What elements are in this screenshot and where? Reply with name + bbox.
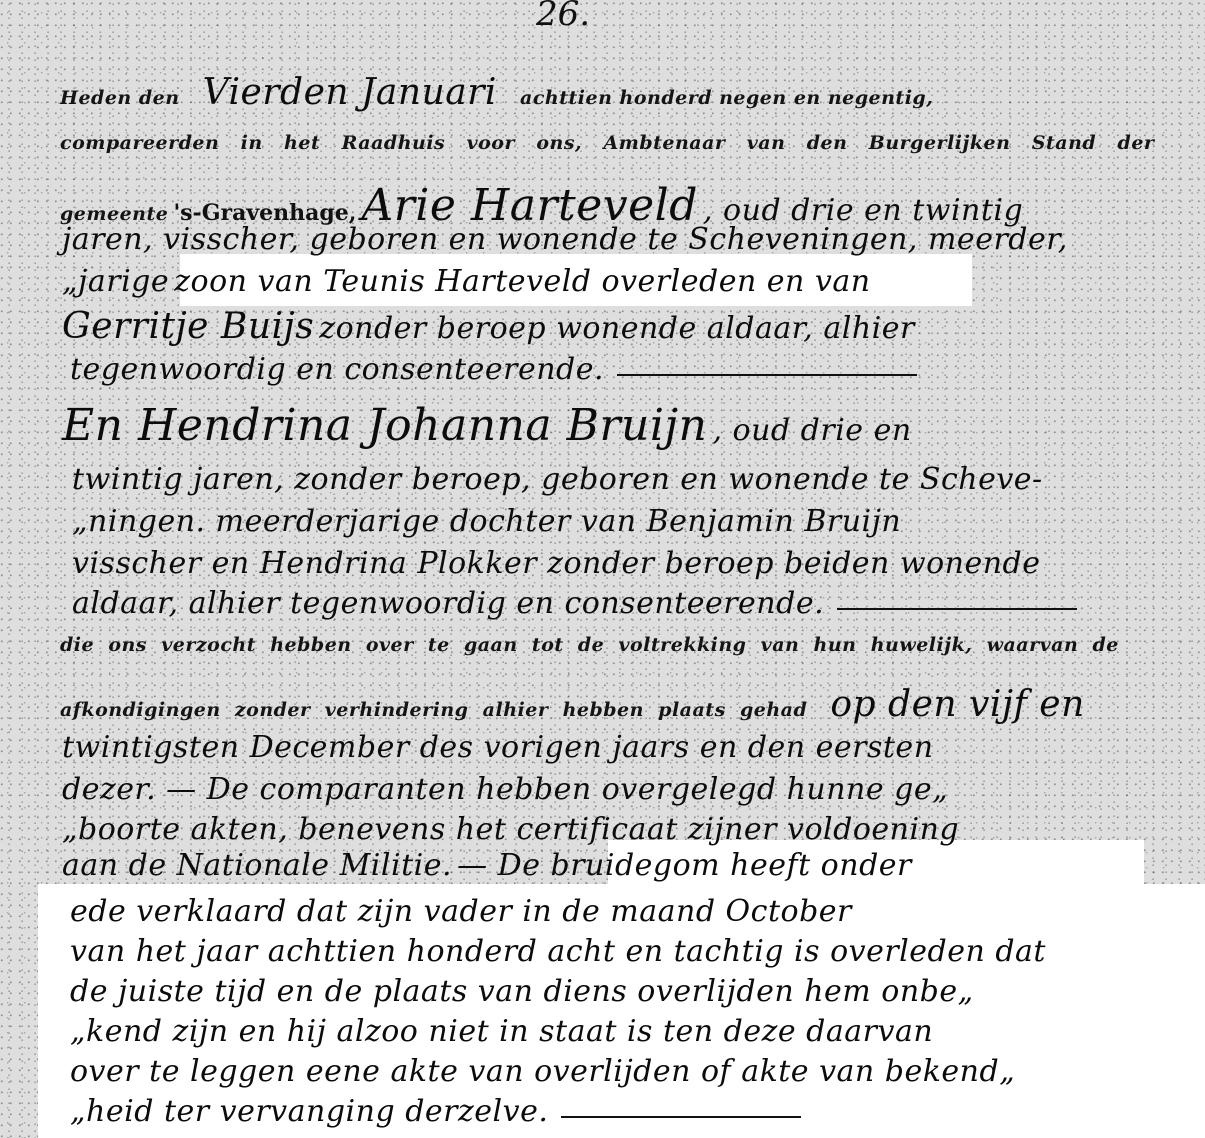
line-8: En Hendrina Johanna Bruijn , oud drie en — [62, 400, 912, 451]
handwritten-text: aan de Nationale Militie. — [62, 848, 452, 883]
handwritten-text: op den vijf en — [830, 684, 1084, 725]
line-22: „kend zijn en hij alzoo niet in staat is… — [70, 1014, 933, 1049]
handwritten-text: , oud drie en — [712, 413, 911, 448]
line-14: afkondigingen zonder verhindering alhier… — [60, 684, 1085, 725]
fill-line — [617, 374, 917, 376]
handwritten-text: — De bruidegom heeft onder — [457, 848, 912, 883]
bride-name: En Hendrina Johanna Bruijn — [62, 400, 707, 451]
line-19: ede verklaard dat zijn vader in de maand… — [70, 894, 852, 929]
line-12: aldaar, alhier tegenwoordig en consentee… — [72, 586, 1077, 621]
printed-text: achttien honderd negen en negentig, — [520, 87, 933, 109]
line-10: „ningen. meerderjarige dochter van Benja… — [72, 504, 901, 539]
line-4: jaren, visscher, geboren en wonende te S… — [62, 222, 1068, 257]
line-15: twintigsten December des vorigen jaars e… — [62, 730, 934, 765]
handwritten-text: „jarige — [62, 264, 169, 299]
line-20: van het jaar achttien honderd acht en ta… — [70, 934, 1046, 969]
line-9: twintig jaren, zonder beroep, geboren en… — [72, 462, 1043, 497]
fill-line — [561, 1116, 801, 1118]
line-2: compareerden in het Raadhuis voor ons, A… — [60, 132, 1154, 154]
line-11: visscher en Hendrina Plokker zonder bero… — [72, 546, 1041, 581]
fill-line — [837, 608, 1077, 610]
handwritten-text: aldaar, alhier tegenwoordig en consentee… — [72, 586, 824, 621]
handwritten-text: tegenwoordig en consenteerende. — [70, 352, 604, 387]
groom-parents-text: zoon van Teunis Harteveld overleden en v… — [174, 264, 870, 299]
handwritten-text: zonder beroep wonende aldaar, alhier — [319, 311, 915, 346]
printed-text: afkondigingen zonder verhindering alhier… — [60, 699, 807, 721]
page-number: 26. — [536, 0, 590, 34]
line-16: dezer. — De comparanten hebben overgeleg… — [62, 772, 948, 807]
civil-registry-marriage-record: 26. Heden den Vierden Januari achttien h… — [0, 0, 1205, 1138]
line-1: Heden den Vierden Januari achttien honde… — [60, 72, 933, 113]
line-21: de juiste tijd en de plaats van diens ov… — [70, 974, 974, 1009]
line-18: aan de Nationale Militie. — De bruidegom… — [62, 848, 912, 883]
handwritten-text: „heid ter vervanging derzelve. — [70, 1094, 548, 1129]
groom-mother-name: Gerritje Buijs — [62, 306, 314, 347]
line-23: over te leggen eene akte van overlijden … — [70, 1054, 1015, 1089]
line-7: tegenwoordig en consenteerende. — [70, 352, 917, 387]
line-5: „jarige zoon van Teunis Harteveld overle… — [62, 264, 871, 299]
printed-text: Heden den — [60, 87, 180, 109]
handwritten-date: Vierden Januari — [203, 72, 497, 113]
line-13: die ons verzocht hebben over te gaan tot… — [60, 634, 1119, 656]
line-24: „heid ter vervanging derzelve. — [70, 1094, 801, 1129]
line-17: „boorte akten, benevens het certificaat … — [62, 812, 959, 847]
line-6: Gerritje Buijs zonder beroep wonende ald… — [62, 306, 915, 347]
